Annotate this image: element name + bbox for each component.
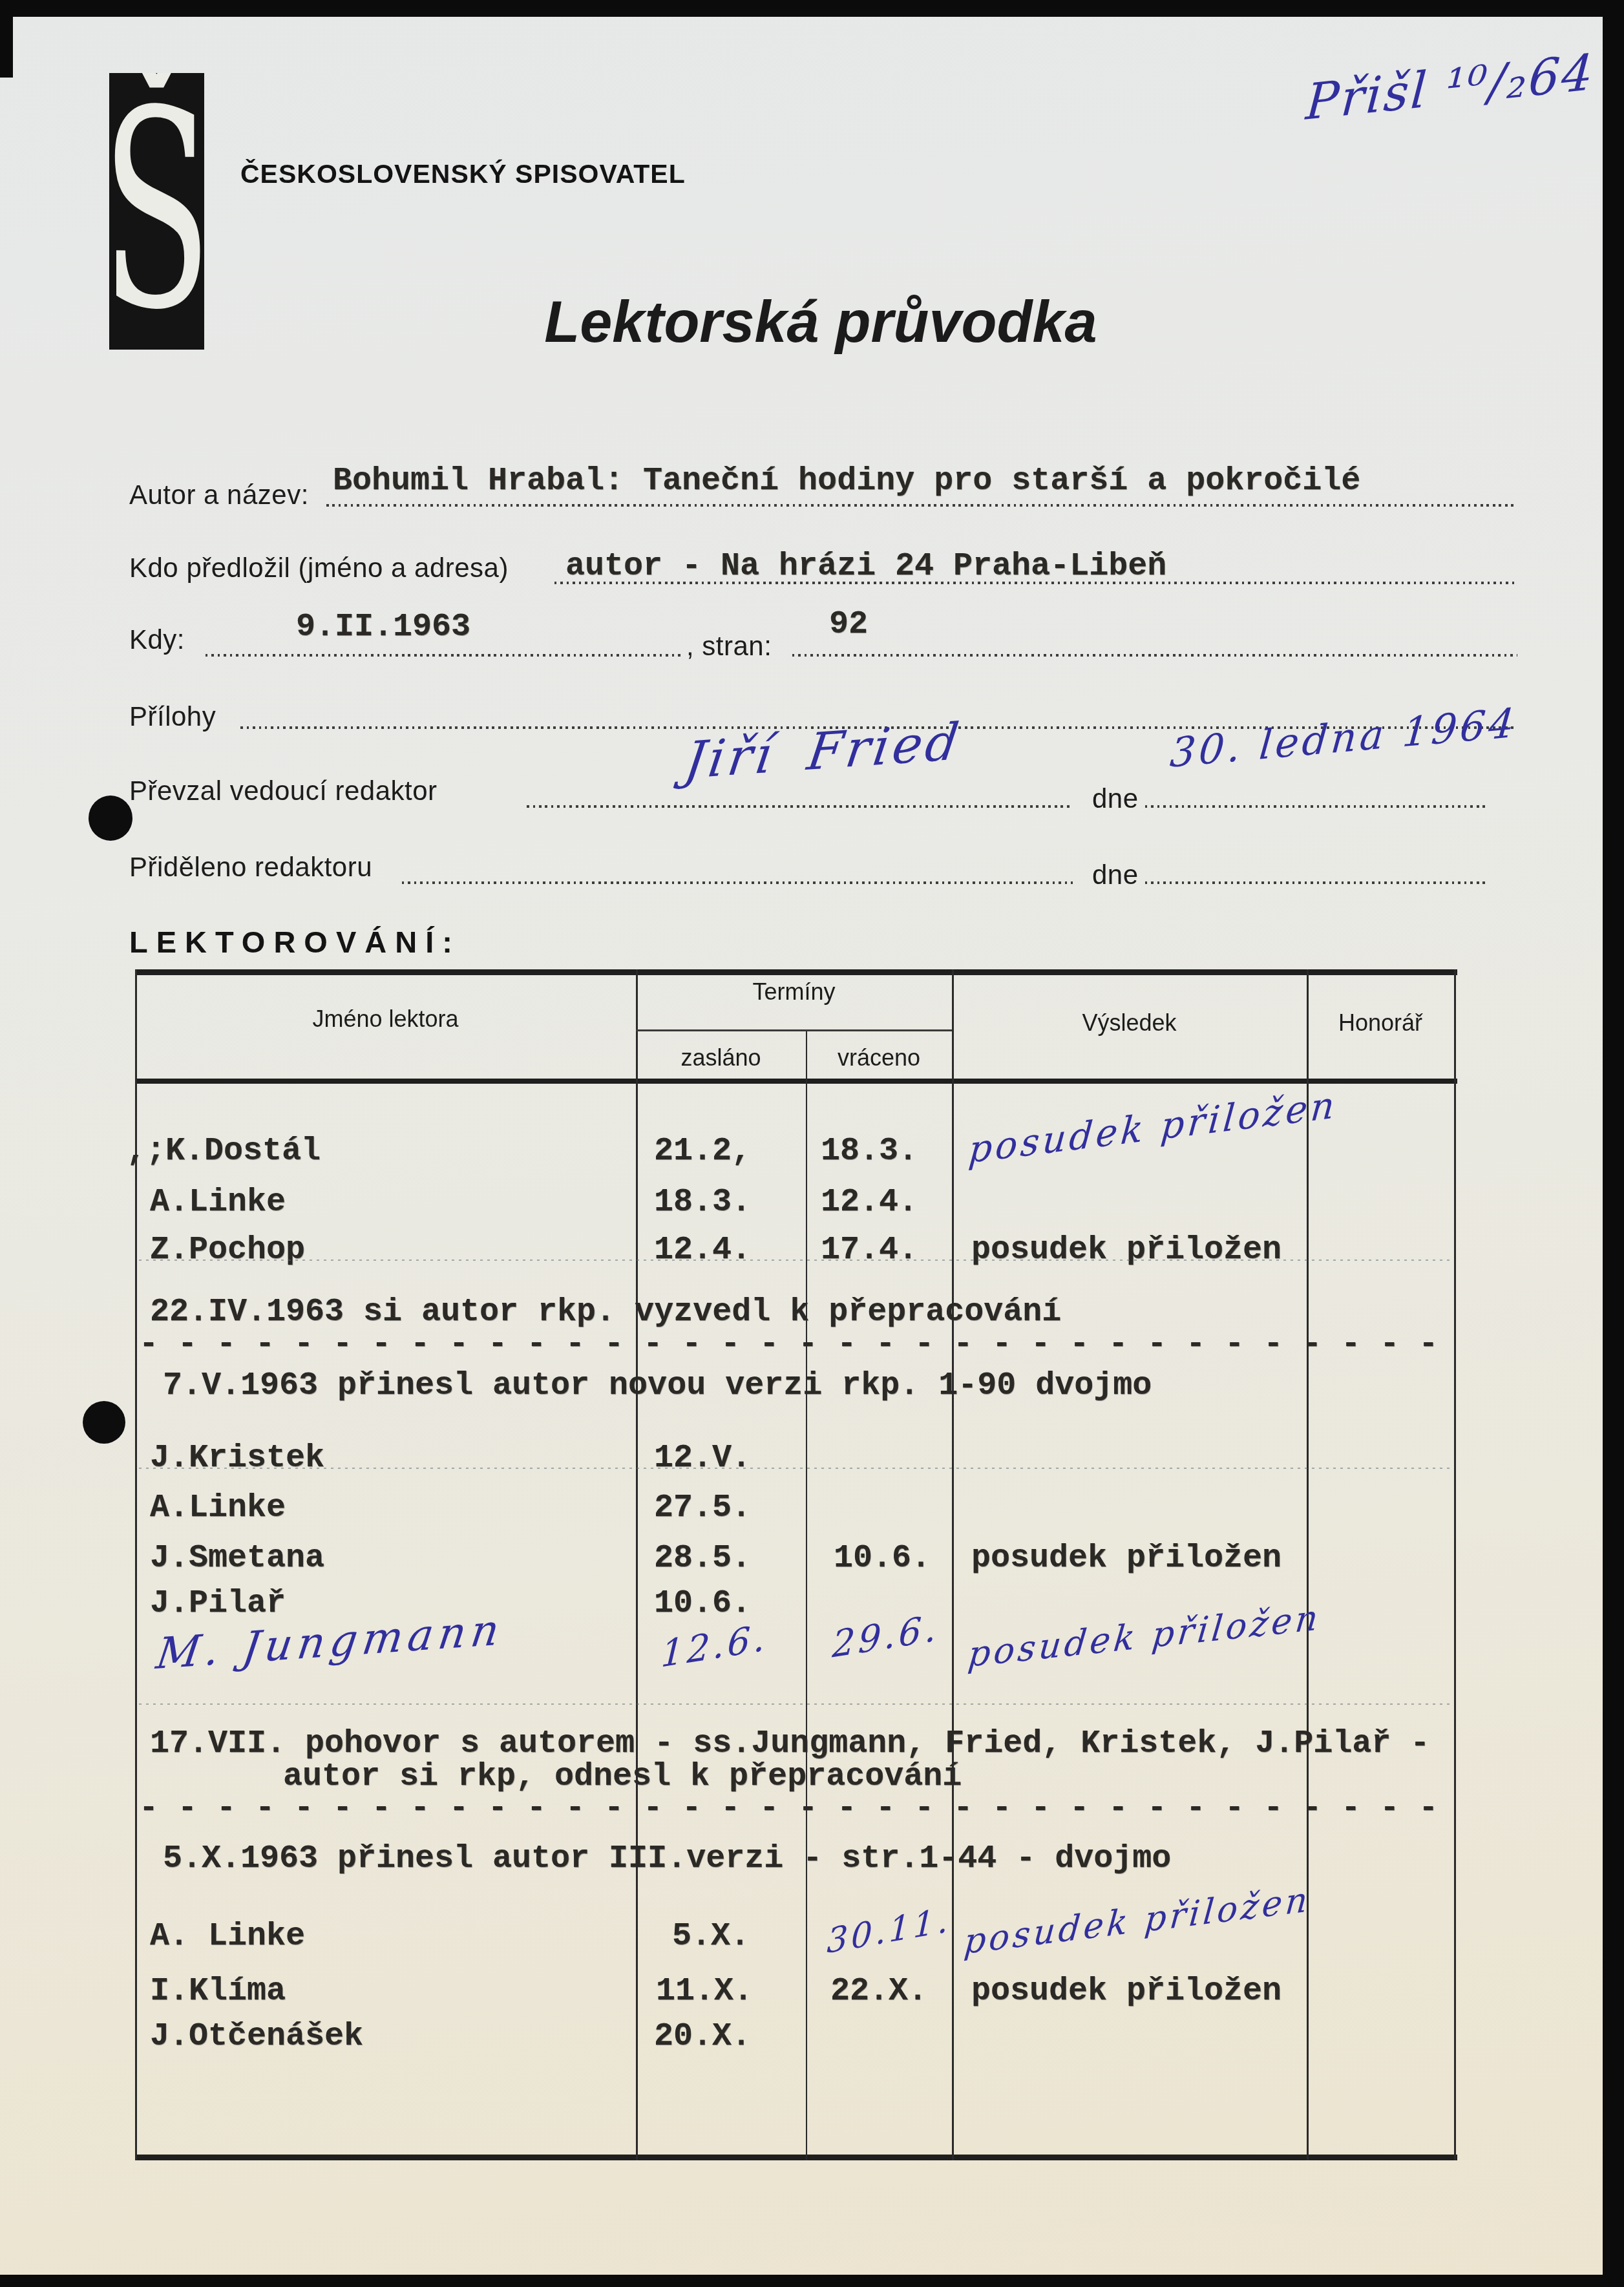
handwritten-date-zaslano: 12.6. (660, 1616, 769, 1676)
handwritten-date-vraceno: 30.11. (826, 1900, 952, 1961)
lektor-name: J.Pilař (150, 1585, 286, 1622)
typed-dash-separator: - - - - - - - - - - - - - - - - - - - - … (139, 1326, 1438, 1363)
note-line: 5.X.1963 přinesl autor III.verzi - str.1… (163, 1840, 1171, 1877)
publisher-name: ČESKOSLOVENSKÝ SPISOVATEL (240, 159, 686, 189)
date-vraceno: 12.4. (821, 1184, 918, 1221)
dotted-rule (326, 504, 1517, 507)
note-line: 17.VII. pohovor s autorem - ss.Jungmann,… (150, 1725, 1429, 1762)
dotted-rule (1145, 881, 1486, 884)
table-border-right (1454, 969, 1456, 2160)
note-line: 22.IV.1963 si autor rkp. vyzvedl k přepr… (150, 1294, 1061, 1331)
col-header-terminy: Termíny (636, 978, 952, 1006)
autor-value: Bohumil Hrabal: Taneční hodiny pro starš… (333, 463, 1360, 500)
date-zaslano: 27.5. (654, 1490, 751, 1526)
date-zaslano: 18.3. (654, 1184, 751, 1221)
kdy-label: Kdy: (129, 624, 185, 655)
date-zaslano: 28.5. (654, 1540, 751, 1577)
col-header-jmeno: Jméno lektora (135, 1006, 636, 1033)
date-vraceno: 10.6. (834, 1540, 931, 1577)
scan-edge-left (0, 0, 13, 78)
date-vraceno: 17.4. (821, 1232, 918, 1269)
handwritten-vysledek: posudek přiložen (962, 1880, 1312, 1963)
kdo-predlozil-label: Kdo předložil (jméno a adresa) (129, 553, 509, 584)
vysledek-value: posudek přiložen (971, 1973, 1281, 2010)
scanned-form-page: Š ČESKOSLOVENSKÝ SPISOVATEL Přišl ¹⁰/₂64… (0, 0, 1624, 2287)
col-header-honorar: Honorář (1307, 1009, 1454, 1037)
col-header-zaslano: zasláno (636, 1044, 806, 1071)
vysledek-value: posudek přiložen (971, 1232, 1281, 1269)
prevzal-label: Převzal vedoucí redaktor (129, 775, 438, 806)
row-guide (139, 1259, 1452, 1261)
lektor-name: Z.Pochop (150, 1232, 305, 1269)
date-zaslano: 21.2, (654, 1133, 751, 1170)
lektor-name: I.Klíma (150, 1973, 286, 2010)
handwritten-date-vraceno: 29.6. (831, 1607, 940, 1667)
lektor-name: J.Otčenášek (150, 2018, 363, 2055)
kdy-value: 9.II.1963 (296, 609, 470, 646)
table-header-rule (135, 1079, 1457, 1084)
date-vraceno: 22.X. (830, 1973, 927, 2010)
lektor-name: ,;K.Dostál (127, 1133, 321, 1170)
kdo-predlozil-value: autor - Na hrázi 24 Praha-Libeň (565, 548, 1166, 585)
table-border-top (135, 969, 1457, 975)
handwritten-vysledek: posudek přiložen (967, 1083, 1339, 1172)
date-zaslano: 10.6. (654, 1585, 751, 1622)
vysledek-value: posudek přiložen (971, 1540, 1281, 1577)
section-heading: LEKTOROVÁNÍ: (129, 924, 461, 960)
table-col-divider (806, 1031, 807, 2160)
date-vraceno: 18.3. (821, 1133, 918, 1170)
dotted-rule (206, 654, 684, 657)
publisher-logo-monogram: Š (109, 76, 204, 346)
publisher-logo: Š (109, 73, 204, 350)
col-header-vysledek: Výsledek (952, 1009, 1307, 1037)
handwritten-prevzal-value: Jiří Fried (681, 713, 965, 791)
row-guide (139, 1468, 1452, 1469)
row-guide (139, 1703, 1452, 1705)
dotted-rule (1145, 805, 1486, 808)
lektor-name: A.Linke (150, 1490, 286, 1526)
handwritten-prevzal-date: 30. ledna 1964 (1168, 699, 1519, 777)
lektor-name: J.Kristek (150, 1440, 324, 1477)
table-col-divider (1307, 969, 1309, 2160)
dne-label: dne (1092, 859, 1139, 891)
date-zaslano: 12.V. (654, 1440, 751, 1477)
date-zaslano: 12.4. (654, 1232, 751, 1269)
lektor-name: A. Linke (150, 1918, 305, 1955)
date-zaslano: 11.X. (656, 1973, 753, 2010)
autor-label: Autor a název: (129, 480, 309, 511)
date-zaslano: 5.X. (672, 1918, 750, 1955)
dotted-rule (402, 881, 1073, 884)
prilohy-label: Přílohy (129, 701, 216, 732)
stran-label: , stran: (686, 631, 772, 662)
typed-dash-separator: - - - - - - - - - - - - - - - - - - - - … (139, 1790, 1438, 1827)
lektor-name: A.Linke (150, 1184, 286, 1221)
dotted-rule (554, 582, 1517, 584)
table-col-divider (636, 969, 638, 2160)
dne-label: dne (1092, 783, 1139, 814)
date-zaslano: 20.X. (654, 2018, 751, 2055)
table-col-divider (952, 969, 954, 2160)
scan-edge-bottom (0, 2275, 1624, 2287)
note-line: 7.V.1963 přinesl autor novou verzi rkp. … (163, 1367, 1152, 1404)
table-border-bottom (135, 2155, 1457, 2160)
form-title: Lektorská průvodka (530, 290, 1112, 356)
stran-value: 92 (829, 606, 868, 643)
scan-edge-right (1603, 0, 1624, 2287)
punch-hole (83, 1401, 125, 1444)
prideleno-label: Přiděleno redaktoru (129, 852, 372, 883)
terminy-subrule (636, 1029, 952, 1031)
punch-hole (89, 796, 132, 841)
handwritten-stamp-note: Přišl ¹⁰/₂64 (1304, 43, 1597, 131)
dotted-rule (792, 654, 1517, 657)
scan-edge-top (0, 0, 1624, 17)
dotted-rule (527, 805, 1073, 808)
handwritten-vysledek: posudek přiložen (966, 1597, 1323, 1675)
lektor-name: J.Smetana (150, 1540, 324, 1577)
col-header-vraceno: vráceno (806, 1044, 952, 1071)
